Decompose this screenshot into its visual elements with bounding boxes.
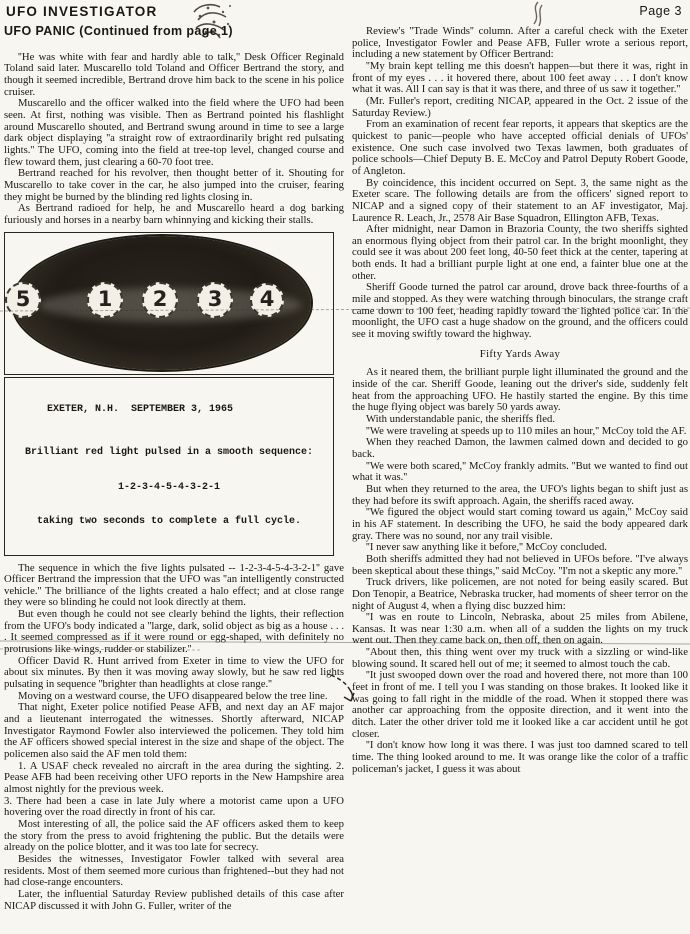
paragraph: ''My brain kept telling me this doesn't … <box>352 61 688 96</box>
paragraph: As Bertrand radioed for help, he and Mus… <box>4 203 344 226</box>
figure-caption-line1: Brilliant red light pulsed in a smooth s… <box>7 447 331 459</box>
paragraph: But when they returned to the area, the … <box>352 484 688 507</box>
ufo-lights: 12345 <box>5 233 333 374</box>
ufo-light: 2 <box>142 282 178 318</box>
masthead: UFO INVESTIGATOR Page 3 <box>6 4 682 19</box>
paragraph: (Mr. Fuller's report, crediting NICAP, a… <box>352 96 688 119</box>
paragraph: Fifty Yards Away <box>352 349 688 361</box>
paragraph: When they reached Damon, the lawmen calm… <box>352 437 688 460</box>
paragraph: The sequence in which the five lights pu… <box>4 563 344 610</box>
paragraph: Muscarello and the officer walked into t… <box>4 98 344 168</box>
paragraph: With understandable panic, the sheriffs … <box>352 414 688 426</box>
paragraph: As it neared them, the brilliant purple … <box>352 367 688 414</box>
right-column: Review's ''Trade Winds'' column. After a… <box>352 26 688 775</box>
paragraph: Both sheriffs admitted they had not beli… <box>352 554 688 577</box>
left-paragraphs-bottom: The sequence in which the five lights pu… <box>4 563 344 913</box>
paragraph: ''He was white with fear and hardly able… <box>4 52 344 99</box>
paragraph: Later, the influential Saturday Review p… <box>4 889 344 912</box>
left-column: UFO PANIC (Continued from page 1) ''He w… <box>4 26 344 912</box>
paragraph: 3. There had been a case in late July wh… <box>4 796 344 819</box>
ufo-light: 3 <box>197 282 233 318</box>
paragraph: ''We were both scared,'' McCoy frankly a… <box>352 461 688 484</box>
ufo-light: 1 <box>87 282 123 318</box>
left-paragraphs-top: ''He was white with fear and hardly able… <box>4 52 344 227</box>
ufo-light: 4 <box>250 283 284 317</box>
paragraph: Sheriff Goode turned the patrol car arou… <box>352 282 688 340</box>
ufo-drawing: 12345 <box>5 233 333 374</box>
ufo-figure: 12345 EXETER, N.H. SEPTEMBER 3, 1965 Bri… <box>4 232 334 556</box>
figure-caption-line2: taking two seconds to complete a full cy… <box>7 516 331 528</box>
paragraph: ''About then, this thing went over my tr… <box>352 647 688 670</box>
handwritten-arrow <box>328 672 362 708</box>
paragraph: Besides the witnesses, Investigator Fowl… <box>4 854 344 889</box>
paragraph: From an examination of recent fear repor… <box>352 119 688 177</box>
ufo-drawing-box: 12345 <box>4 232 334 375</box>
paragraph: ''We figured the object would start comi… <box>352 507 688 542</box>
paragraph: But even though he could not see clearly… <box>4 609 344 656</box>
ufo-light: 5 <box>5 282 41 318</box>
article-heading: UFO PANIC (Continued from page 1) <box>4 26 344 38</box>
paragraph: Most interesting of all, the police said… <box>4 819 344 854</box>
paragraph: Review's ''Trade Winds'' column. After a… <box>352 26 688 61</box>
figure-location-caption: EXETER, N.H. SEPTEMBER 3, 1965 <box>7 404 331 416</box>
right-paragraphs: Review's ''Trade Winds'' column. After a… <box>352 26 688 775</box>
newsletter-page: UFO INVESTIGATOR Page 3 UFO PANIC (Conti… <box>0 0 690 934</box>
paragraph: After midnight, near Damon in Brazoria C… <box>352 224 688 282</box>
paragraph: Officer David R. Hunt arrived from Exete… <box>4 656 344 691</box>
newsletter-title: UFO INVESTIGATOR <box>6 4 157 19</box>
paragraph: ''It just swooped down over the road and… <box>352 670 688 740</box>
paragraph: Truck drivers, like policemen, are not n… <box>352 577 688 612</box>
paragraph: ''I don't know how long it was there. I … <box>352 740 688 775</box>
paragraph: That night, Exeter police notified Pease… <box>4 702 344 760</box>
figure-pulse-sequence: 1-2-3-4-5-4-3-2-1 <box>7 482 331 494</box>
paragraph: ''I was en route to Lincoln, Nebraska, a… <box>352 612 688 647</box>
page-number: Page 3 <box>639 4 682 18</box>
paragraph: By coincidence, this incident occurred o… <box>352 178 688 225</box>
paragraph: Bertrand reached for his revolver, then … <box>4 168 344 203</box>
figure-caption-box: EXETER, N.H. SEPTEMBER 3, 1965 Brilliant… <box>4 377 334 556</box>
paragraph: 1. A USAF check revealed no aircraft in … <box>4 761 344 796</box>
